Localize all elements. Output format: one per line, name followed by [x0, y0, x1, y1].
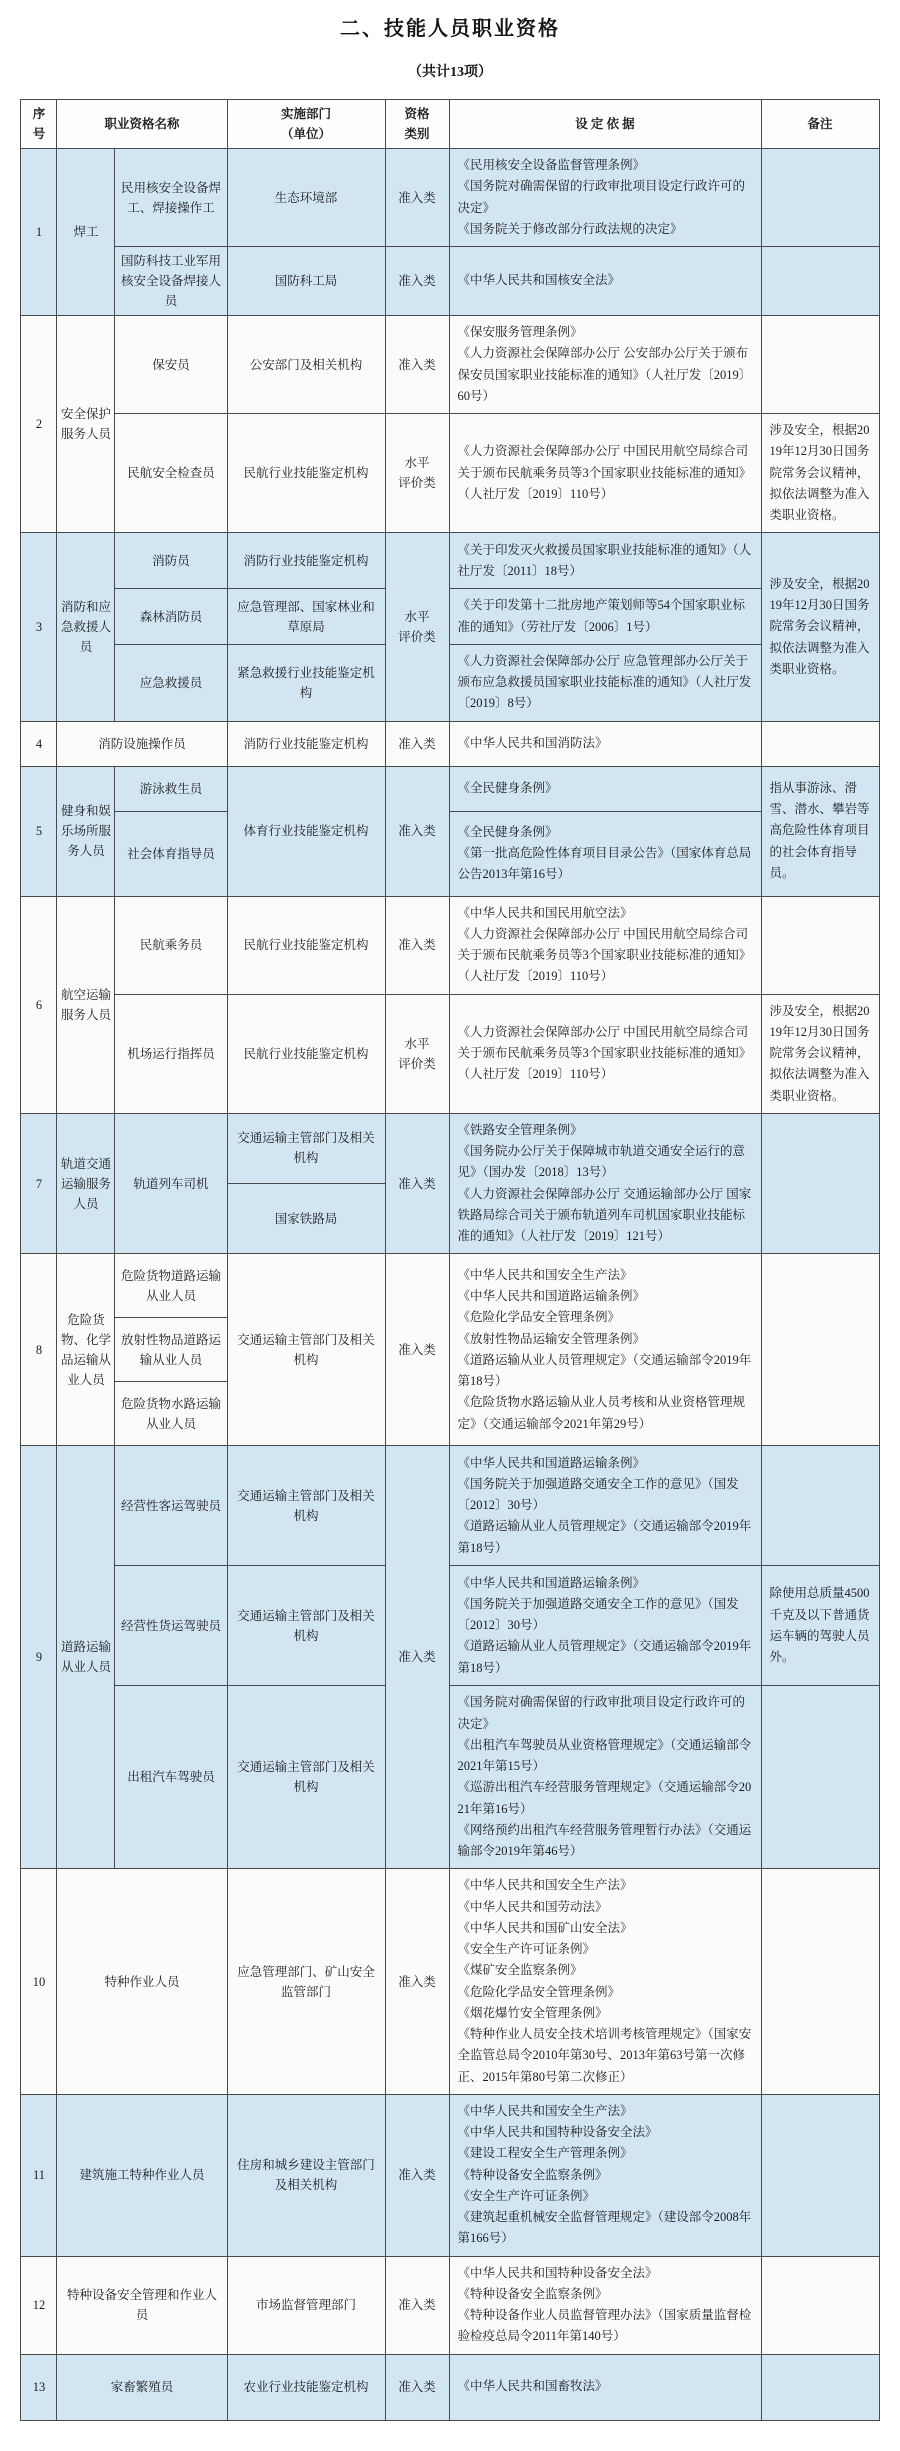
cell-remark: 涉及安全，根据2019年12月30日国务院常务会议精神，拟依法调整为准入类职业资… — [761, 994, 879, 1113]
cell-name: 轨道列车司机 — [115, 1113, 227, 1254]
cell-serial: 11 — [21, 2094, 57, 2256]
cell-dept: 交通运输主管部门及相关机构 — [227, 1566, 385, 1686]
cell-dept: 应急管理部门、矿山安全监管部门 — [227, 1869, 385, 2095]
cell-remark — [761, 721, 879, 766]
cell-dept: 消防行业技能鉴定机构 — [227, 721, 385, 766]
cell-category: 水平 评价类 — [385, 533, 449, 721]
cell-basis: 《中华人民共和国畜牧法》 — [449, 2354, 761, 2420]
cell-name: 民航乘务员 — [115, 896, 227, 994]
cell-category: 准入类 — [385, 2256, 449, 2354]
cell-dept: 市场监督管理部门 — [227, 2256, 385, 2354]
cell-dept: 民航行业技能鉴定机构 — [227, 994, 385, 1113]
cell-remark — [761, 316, 879, 414]
cell-serial: 2 — [21, 316, 57, 533]
cell-name: 社会体育指导员 — [115, 811, 227, 896]
table-row: 1 焊工 民用核安全设备焊工、焊接操作工 生态环境部 准入类 《民用核安全设备监… — [21, 149, 879, 247]
cell-serial: 4 — [21, 721, 57, 766]
header-dept: 实施部门 （单位） — [227, 100, 385, 149]
cell-category: 准入类 — [385, 2354, 449, 2420]
table-row: 3 消防和应急救援人员 消防员 消防行业技能鉴定机构 水平 评价类 《关于印发灭… — [21, 533, 879, 589]
cell-name: 民用核安全设备焊工、焊接操作工 — [115, 149, 227, 247]
cell-remark — [761, 2354, 879, 2420]
cell-category: 准入类 — [385, 1254, 449, 1446]
cell-name: 特种设备安全管理和作业人员 — [57, 2256, 227, 2354]
header-serial: 序 号 — [21, 100, 57, 149]
table-row: 机场运行指挥员 民航行业技能鉴定机构 水平 评价类 《人力资源社会保障部办公厅 … — [21, 994, 879, 1113]
cell-name: 特种作业人员 — [57, 1869, 227, 2095]
cell-serial: 6 — [21, 896, 57, 1113]
cell-dept: 体育行业技能鉴定机构 — [227, 766, 385, 896]
cell-serial: 10 — [21, 1869, 57, 2095]
cell-name: 消防员 — [115, 533, 227, 589]
cell-dept: 国防科工局 — [227, 247, 385, 316]
cell-name: 家畜繁殖员 — [57, 2354, 227, 2420]
cell-name: 经营性客运驾驶员 — [115, 1446, 227, 1566]
cell-basis: 《关于印发第十二批房地产策划师等54个国家职业标准的通知》（劳社厅发〔2006〕… — [449, 589, 761, 645]
cell-name: 森林消防员 — [115, 589, 227, 645]
cell-group: 焊工 — [57, 149, 115, 316]
table-header-row: 序 号 职业资格名称 实施部门 （单位） 资格 类别 设 定 依 据 备注 — [21, 100, 879, 149]
cell-group: 航空运输服务人员 — [57, 896, 115, 1113]
cell-dept: 消防行业技能鉴定机构 — [227, 533, 385, 589]
table-row: 2 安全保护服务人员 保安员 公安部门及相关机构 准入类 《保安服务管理条例》 … — [21, 316, 879, 414]
cell-basis: 《人力资源社会保障部办公厅 中国民用航空局综合司关于颁布民航乘务员等3个国家职业… — [449, 414, 761, 533]
table-row: 森林消防员 应急管理部、国家林业和草原局 《关于印发第十二批房地产策划师等54个… — [21, 589, 879, 645]
cell-dept: 民航行业技能鉴定机构 — [227, 414, 385, 533]
cell-dept: 生态环境部 — [227, 149, 385, 247]
header-remark: 备注 — [761, 100, 879, 149]
cell-category: 准入类 — [385, 247, 449, 316]
cell-basis: 《中华人民共和国民用航空法》 《人力资源社会保障部办公厅 中国民用航空局综合司关… — [449, 896, 761, 994]
cell-category: 水平 评价类 — [385, 994, 449, 1113]
cell-remark — [761, 2256, 879, 2354]
table-row: 5 健身和娱乐场所服务人员 游泳救生员 体育行业技能鉴定机构 准入类 《全民健身… — [21, 766, 879, 811]
page-title: 二、技能人员职业资格 — [0, 0, 900, 41]
cell-name: 建筑施工特种作业人员 — [57, 2094, 227, 2256]
cell-remark — [761, 1254, 879, 1446]
cell-category: 水平 评价类 — [385, 414, 449, 533]
cell-name: 危险货物道路运输从业人员 — [115, 1254, 227, 1318]
cell-category: 准入类 — [385, 1446, 449, 1869]
cell-group: 安全保护服务人员 — [57, 316, 115, 533]
page-subtitle: （共计13项） — [0, 61, 900, 81]
cell-dept: 交通运输主管部门及相关机构 — [227, 1686, 385, 1869]
cell-name: 民航安全检查员 — [115, 414, 227, 533]
cell-name: 危险货物水路运输从业人员 — [115, 1382, 227, 1446]
cell-dept: 民航行业技能鉴定机构 — [227, 896, 385, 994]
header-name: 职业资格名称 — [57, 100, 227, 149]
cell-category: 准入类 — [385, 766, 449, 896]
cell-name: 国防科技工业军用核安全设备焊接人员 — [115, 247, 227, 316]
table-row: 经营性货运驾驶员 交通运输主管部门及相关机构 《中华人民共和国道路运输条例》 《… — [21, 1566, 879, 1686]
cell-name: 保安员 — [115, 316, 227, 414]
cell-dept: 应急管理部、国家林业和草原局 — [227, 589, 385, 645]
cell-group: 消防和应急救援人员 — [57, 533, 115, 721]
cell-group: 轨道交通运输服务人员 — [57, 1113, 115, 1254]
cell-basis: 《中华人民共和国道路运输条例》 《国务院关于加强道路交通安全工作的意见》（国发〔… — [449, 1566, 761, 1686]
cell-group: 道路运输从业人员 — [57, 1446, 115, 1869]
cell-group: 健身和娱乐场所服务人员 — [57, 766, 115, 896]
cell-basis: 《中华人民共和国安全生产法》 《中华人民共和国特种设备安全法》 《建设工程安全生… — [449, 2094, 761, 2256]
cell-serial: 13 — [21, 2354, 57, 2420]
cell-name: 应急救援员 — [115, 644, 227, 721]
cell-basis: 《国务院对确需保留的行政审批项目设定行政许可的决定》 《出租汽车驾驶员从业资格管… — [449, 1686, 761, 1869]
document-page: 二、技能人员职业资格 （共计13项） 序 号 职业资格名称 实施部门 （单位） … — [0, 0, 900, 2421]
cell-category: 准入类 — [385, 896, 449, 994]
table-row: 7 轨道交通运输服务人员 轨道列车司机 交通运输主管部门及相关机构 准入类 《铁… — [21, 1113, 879, 1183]
cell-basis: 《关于印发灭火救援员国家职业技能标准的通知》（人社厅发〔2011〕18号） — [449, 533, 761, 589]
cell-serial: 5 — [21, 766, 57, 896]
cell-dept: 交通运输主管部门及相关机构 — [227, 1113, 385, 1183]
cell-category: 准入类 — [385, 149, 449, 247]
cell-name: 消防设施操作员 — [57, 721, 227, 766]
cell-remark — [761, 1686, 879, 1869]
cell-serial: 1 — [21, 149, 57, 316]
cell-remark — [761, 1446, 879, 1566]
cell-category: 准入类 — [385, 316, 449, 414]
cell-category: 准入类 — [385, 1113, 449, 1254]
cell-category: 准入类 — [385, 1869, 449, 2095]
cell-remark — [761, 247, 879, 316]
table-row: 13 家畜繁殖员 农业行业技能鉴定机构 准入类 《中华人民共和国畜牧法》 — [21, 2354, 879, 2420]
cell-category: 准入类 — [385, 2094, 449, 2256]
cell-basis: 《中华人民共和国核安全法》 — [449, 247, 761, 316]
cell-basis: 《中华人民共和国消防法》 — [449, 721, 761, 766]
cell-remark: 指从事游泳、滑雪、潜水、攀岩等高危险性体育项目的社会体育指导员。 — [761, 766, 879, 896]
cell-dept: 住房和城乡建设主管部门及相关机构 — [227, 2094, 385, 2256]
cell-basis: 《中华人民共和国特种设备安全法》 《特种设备安全监察条例》 《特种设备作业人员监… — [449, 2256, 761, 2354]
cell-dept: 公安部门及相关机构 — [227, 316, 385, 414]
cell-remark — [761, 1869, 879, 2095]
table-row: 应急救援员 紧急救援行业技能鉴定机构 《人力资源社会保障部办公厅 应急管理部办公… — [21, 644, 879, 721]
cell-name: 放射性物品道路运输从业人员 — [115, 1318, 227, 1382]
cell-serial: 7 — [21, 1113, 57, 1254]
qualification-table: 序 号 职业资格名称 实施部门 （单位） 资格 类别 设 定 依 据 备注 1 … — [20, 99, 879, 2421]
cell-dept: 农业行业技能鉴定机构 — [227, 2354, 385, 2420]
cell-dept: 交通运输主管部门及相关机构 — [227, 1446, 385, 1566]
cell-dept: 国家铁路局 — [227, 1184, 385, 1254]
cell-basis: 《中华人民共和国道路运输条例》 《国务院关于加强道路交通安全工作的意见》（国发〔… — [449, 1446, 761, 1566]
cell-basis: 《中华人民共和国安全生产法》 《中华人民共和国道路运输条例》 《危险化学品安全管… — [449, 1254, 761, 1446]
cell-remark — [761, 1113, 879, 1254]
cell-remark: 涉及安全，根据2019年12月30日国务院常务会议精神，拟依法调整为准入类职业资… — [761, 533, 879, 721]
cell-basis: 《民用核安全设备监督管理条例》 《国务院对确需保留的行政审批项目设定行政许可的决… — [449, 149, 761, 247]
header-basis: 设 定 依 据 — [449, 100, 761, 149]
cell-basis: 《中华人民共和国安全生产法》 《中华人民共和国劳动法》 《中华人民共和国矿山安全… — [449, 1869, 761, 2095]
table-row: 10 特种作业人员 应急管理部门、矿山安全监管部门 准入类 《中华人民共和国安全… — [21, 1869, 879, 2095]
cell-name: 经营性货运驾驶员 — [115, 1566, 227, 1686]
table-row: 11 建筑施工特种作业人员 住房和城乡建设主管部门及相关机构 准入类 《中华人民… — [21, 2094, 879, 2256]
cell-name: 游泳救生员 — [115, 766, 227, 811]
table-row: 国防科技工业军用核安全设备焊接人员 国防科工局 准入类 《中华人民共和国核安全法… — [21, 247, 879, 316]
cell-remark — [761, 149, 879, 247]
table-row: 民航安全检查员 民航行业技能鉴定机构 水平 评价类 《人力资源社会保障部办公厅 … — [21, 414, 879, 533]
cell-dept: 交通运输主管部门及相关机构 — [227, 1254, 385, 1446]
table-row: 8 危险货物、化学品运输从业人员 危险货物道路运输从业人员 交通运输主管部门及相… — [21, 1254, 879, 1318]
cell-remark — [761, 2094, 879, 2256]
cell-serial: 3 — [21, 533, 57, 721]
cell-remark: 涉及安全，根据2019年12月30日国务院常务会议精神，拟依法调整为准入类职业资… — [761, 414, 879, 533]
cell-serial: 8 — [21, 1254, 57, 1446]
cell-category: 准入类 — [385, 721, 449, 766]
cell-basis: 《人力资源社会保障部办公厅 应急管理部办公厅关于颁布应急救援员国家职业技能标准的… — [449, 644, 761, 721]
table-row: 社会体育指导员 《全民健身条例》 《第一批高危险性体育项目目录公告》（国家体育总… — [21, 811, 879, 896]
cell-serial: 9 — [21, 1446, 57, 1869]
table-row: 4 消防设施操作员 消防行业技能鉴定机构 准入类 《中华人民共和国消防法》 — [21, 721, 879, 766]
cell-basis: 《全民健身条例》 — [449, 766, 761, 811]
cell-basis: 《全民健身条例》 《第一批高危险性体育项目目录公告》（国家体育总局公告2013年… — [449, 811, 761, 896]
cell-name: 出租汽车驾驶员 — [115, 1686, 227, 1869]
cell-basis: 《铁路安全管理条例》 《国务院办公厅关于保障城市轨道交通安全运行的意见》（国办发… — [449, 1113, 761, 1254]
cell-group: 危险货物、化学品运输从业人员 — [57, 1254, 115, 1446]
cell-basis: 《保安服务管理条例》 《人力资源社会保障部办公厅 公安部办公厅关于颁布保安员国家… — [449, 316, 761, 414]
table-row: 出租汽车驾驶员 交通运输主管部门及相关机构 《国务院对确需保留的行政审批项目设定… — [21, 1686, 879, 1869]
cell-serial: 12 — [21, 2256, 57, 2354]
cell-remark: 除使用总质量4500千克及以下普通货运车辆的驾驶人员外。 — [761, 1566, 879, 1686]
table-row: 6 航空运输服务人员 民航乘务员 民航行业技能鉴定机构 准入类 《中华人民共和国… — [21, 896, 879, 994]
table-row: 9 道路运输从业人员 经营性客运驾驶员 交通运输主管部门及相关机构 准入类 《中… — [21, 1446, 879, 1566]
table-row: 12 特种设备安全管理和作业人员 市场监督管理部门 准入类 《中华人民共和国特种… — [21, 2256, 879, 2354]
cell-dept: 紧急救援行业技能鉴定机构 — [227, 644, 385, 721]
cell-name: 机场运行指挥员 — [115, 994, 227, 1113]
cell-remark — [761, 896, 879, 994]
header-category: 资格 类别 — [385, 100, 449, 149]
cell-basis: 《人力资源社会保障部办公厅 中国民用航空局综合司关于颁布民航乘务员等3个国家职业… — [449, 994, 761, 1113]
